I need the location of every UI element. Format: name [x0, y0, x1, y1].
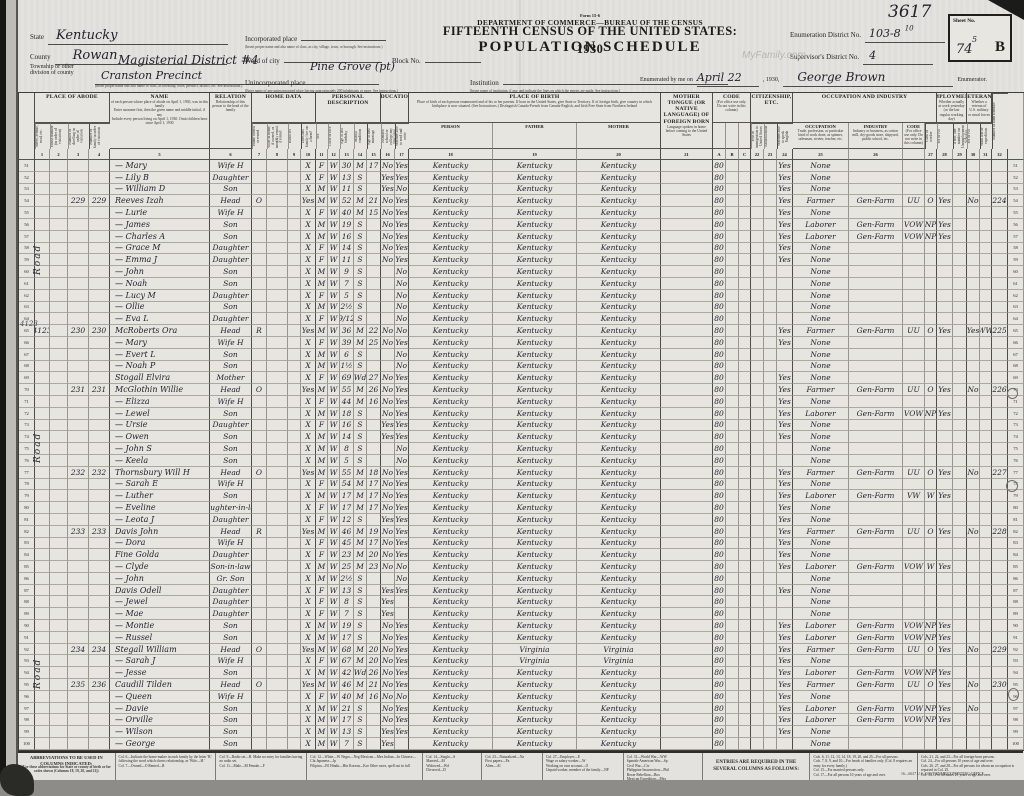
- table-row-cell: W: [328, 644, 340, 656]
- table-row-cell: [967, 207, 980, 219]
- table-row-cell: [764, 726, 777, 738]
- table-row-cell: [288, 361, 301, 373]
- line-number-right: 65: [1008, 325, 1024, 337]
- table-row-cell: [751, 160, 764, 172]
- street-script-2: Road: [33, 388, 47, 506]
- table-row-cell: [252, 219, 267, 231]
- table-row-cell: 80: [713, 703, 726, 715]
- table-row-cell: 80: [713, 278, 726, 290]
- table-row-cell: [367, 455, 381, 467]
- table-row-cell: [953, 620, 967, 632]
- table-row-cell: Kentucky: [577, 455, 661, 467]
- table-row-cell: Kentucky: [409, 573, 493, 585]
- table-row-cell: [937, 420, 953, 432]
- table-row-cell: [953, 585, 967, 597]
- table-row-cell: [267, 608, 288, 620]
- table-row-cell: — John S: [110, 443, 210, 455]
- table-row-cell: O: [252, 679, 267, 691]
- table-row-cell: [777, 608, 793, 620]
- table-row-cell: Virginia: [577, 655, 661, 667]
- table-row-cell: [751, 184, 764, 196]
- table-row-cell: [35, 573, 50, 585]
- table-row-cell: [267, 585, 288, 597]
- table-row-cell: W: [328, 408, 340, 420]
- table-row-cell: W: [328, 302, 340, 314]
- table-row-cell: [288, 349, 301, 361]
- line-number-header: [1008, 93, 1024, 160]
- table-row-cell: Yes: [777, 172, 793, 184]
- table-row-cell: [925, 726, 937, 738]
- table-row-cell: [252, 396, 267, 408]
- table-row-cell: [68, 231, 89, 243]
- table-row-cell: [89, 313, 110, 325]
- table-row-cell: [50, 526, 68, 538]
- table-row-cell: [89, 490, 110, 502]
- table-row-cell: 16: [367, 396, 381, 408]
- table-row-cell: [50, 644, 68, 656]
- table-row-cell: [50, 396, 68, 408]
- table-row-cell: [35, 703, 50, 715]
- table-row-cell: [764, 538, 777, 550]
- table-row-cell: [751, 644, 764, 656]
- table-row-cell: — Evert L: [110, 349, 210, 361]
- table-row-cell: [367, 714, 381, 726]
- line-number-right: 72: [1008, 408, 1024, 420]
- table-row-cell: [992, 372, 1008, 384]
- table-row-cell: [89, 620, 110, 632]
- table-row-cell: [726, 679, 739, 691]
- table-row-cell: 44: [340, 396, 354, 408]
- table-row-cell: S: [354, 620, 367, 632]
- table-row-cell: Yes: [777, 691, 793, 703]
- table-row-cell: [726, 207, 739, 219]
- table-row-cell: [967, 266, 980, 278]
- table-row-cell: S: [354, 172, 367, 184]
- table-row-cell: Yes: [381, 514, 395, 526]
- line-number-right: 79: [1008, 490, 1024, 502]
- table-row-cell: F: [316, 420, 328, 432]
- table-row-cell: No: [395, 290, 409, 302]
- table-row-cell: 46: [340, 679, 354, 691]
- table-row-cell: No: [395, 278, 409, 290]
- table-row-cell: [764, 691, 777, 703]
- table-row-cell: — Jewel: [110, 596, 210, 608]
- table-row-cell: Kentucky: [409, 325, 493, 337]
- table-row-cell: [661, 325, 713, 337]
- table-row-cell: [89, 738, 110, 750]
- table-row-cell: [726, 655, 739, 667]
- table-row-cell: [661, 254, 713, 266]
- table-row-cell: Stegall William: [110, 644, 210, 656]
- table-row-cell: NP: [925, 620, 937, 632]
- table-row-cell: Gen-Farm: [849, 490, 903, 502]
- table-row-cell: [849, 479, 903, 491]
- table-row-cell: [953, 655, 967, 667]
- table-row-cell: [726, 243, 739, 255]
- table-row-cell: [992, 608, 1008, 620]
- table-row-cell: [980, 632, 992, 644]
- table-row-cell: [739, 726, 751, 738]
- table-row-cell: No: [395, 302, 409, 314]
- table-row-cell: [925, 313, 937, 325]
- table-row-cell: [739, 290, 751, 302]
- table-row-cell: [252, 420, 267, 432]
- table-row-cell: [980, 526, 992, 538]
- table-row-cell: [980, 679, 992, 691]
- table-row-cell: Kentucky: [577, 396, 661, 408]
- column-number: 25: [793, 149, 849, 160]
- table-row-cell: [50, 266, 68, 278]
- table-row-cell: [726, 337, 739, 349]
- table-row-cell: Yes: [777, 620, 793, 632]
- table-row-cell: Yes: [395, 655, 409, 667]
- table-row-cell: No: [381, 561, 395, 573]
- line-number-right: 90: [1008, 620, 1024, 632]
- table-row-cell: X: [301, 184, 316, 196]
- table-row-cell: S: [354, 573, 367, 585]
- table-row-cell: Daughter: [210, 585, 252, 597]
- table-row-cell: 55: [340, 467, 354, 479]
- table-row-cell: [739, 644, 751, 656]
- table-row-cell: Kentucky: [409, 738, 493, 750]
- table-row-cell: [903, 455, 925, 467]
- table-row-cell: Wife H: [210, 337, 252, 349]
- table-row-cell: [252, 408, 267, 420]
- street-script-1: Road: [33, 200, 47, 318]
- table-row-cell: [381, 313, 395, 325]
- table-row-cell: None: [793, 207, 849, 219]
- table-row-cell: [381, 349, 395, 361]
- table-row-cell: Kentucky: [577, 490, 661, 502]
- table-row-cell: [252, 278, 267, 290]
- table-row-cell: 17: [340, 632, 354, 644]
- table-row-cell: Kentucky: [577, 337, 661, 349]
- table-row-cell: Gen-Farm: [849, 195, 903, 207]
- table-row-cell: [50, 667, 68, 679]
- column-header: Number of dwelling in order of visitatio…: [68, 123, 89, 149]
- table-row-cell: [764, 608, 777, 620]
- table-row-cell: [288, 608, 301, 620]
- table-row-cell: X: [301, 337, 316, 349]
- table-row-cell: Kentucky: [409, 231, 493, 243]
- table-row-cell: No: [381, 714, 395, 726]
- table-row-cell: [967, 561, 980, 573]
- table-row-cell: Fine Golda: [110, 549, 210, 561]
- table-row-cell: [89, 243, 110, 255]
- table-row-cell: [980, 714, 992, 726]
- table-row-cell: Kentucky: [493, 337, 577, 349]
- table-row-cell: [937, 396, 953, 408]
- table-row-cell: None: [793, 337, 849, 349]
- table-row-cell: [751, 290, 764, 302]
- table-row-cell: 19: [367, 526, 381, 538]
- table-row-cell: [953, 160, 967, 172]
- table-row-cell: W: [328, 337, 340, 349]
- table-row-cell: [739, 655, 751, 667]
- table-row-cell: [288, 207, 301, 219]
- table-row-cell: Kentucky: [493, 549, 577, 561]
- table-row-cell: None: [793, 443, 849, 455]
- table-row-cell: M: [316, 526, 328, 538]
- table-row-cell: [751, 726, 764, 738]
- table-row-cell: Kentucky: [493, 408, 577, 420]
- table-row-cell: M: [316, 679, 328, 691]
- table-row-cell: 80: [713, 384, 726, 396]
- table-row-cell: [50, 172, 68, 184]
- table-row-cell: [751, 254, 764, 266]
- table-row-cell: Son: [210, 726, 252, 738]
- table-row-cell: [937, 691, 953, 703]
- table-row-cell: [777, 573, 793, 585]
- table-row-cell: [661, 313, 713, 325]
- table-row-cell: [980, 278, 992, 290]
- table-row-cell: Laborer: [793, 219, 849, 231]
- table-row-cell: [252, 254, 267, 266]
- census-sheet-scan: Form 15-6 DEPARTMENT OF COMMERCE—BUREAU …: [0, 0, 1024, 796]
- table-row-cell: [739, 207, 751, 219]
- table-row-cell: W: [328, 514, 340, 526]
- table-row-cell: [35, 620, 50, 632]
- table-row-cell: Yes: [777, 490, 793, 502]
- table-row-cell: [739, 714, 751, 726]
- table-row-cell: [992, 254, 1008, 266]
- table-row-cell: [288, 219, 301, 231]
- table-row-cell: Kentucky: [577, 502, 661, 514]
- table-row-cell: No: [381, 644, 395, 656]
- table-row-cell: [937, 585, 953, 597]
- table-row-cell: [68, 443, 89, 455]
- table-row-cell: [903, 172, 925, 184]
- column-header: Color or race: [328, 123, 340, 149]
- table-row-cell: [980, 254, 992, 266]
- line-number-left: 51: [19, 160, 35, 172]
- table-row-cell: M: [316, 384, 328, 396]
- table-row-cell: [661, 302, 713, 314]
- table-row-cell: [739, 514, 751, 526]
- table-row-cell: S: [354, 349, 367, 361]
- table-row-cell: Kentucky: [493, 325, 577, 337]
- table-row-cell: [267, 219, 288, 231]
- column-group-header: HOME DATA: [252, 93, 316, 123]
- table-row-cell: Yes: [381, 596, 395, 608]
- table-row-cell: No: [381, 679, 395, 691]
- table-row-cell: Wife H: [210, 655, 252, 667]
- abbrev-col27: Col. 27—Employer—E Wage or salary worker…: [543, 753, 624, 780]
- table-row-cell: — Ursie: [110, 420, 210, 432]
- table-row-cell: W: [328, 420, 340, 432]
- table-row-cell: Kentucky: [409, 538, 493, 550]
- table-row-cell: [252, 561, 267, 573]
- table-row-cell: [739, 160, 751, 172]
- table-row-cell: Wife H: [210, 479, 252, 491]
- table-row-cell: F: [316, 549, 328, 561]
- supervisors-district-field: Supervisor's District No. 4: [790, 46, 933, 65]
- table-row-cell: No: [381, 490, 395, 502]
- table-row-cell: [68, 219, 89, 231]
- table-row-cell: [925, 608, 937, 620]
- table-row-cell: [764, 266, 777, 278]
- table-row-cell: [992, 514, 1008, 526]
- table-row-cell: 80: [713, 195, 726, 207]
- table-row-cell: [50, 538, 68, 550]
- table-row-cell: Kentucky: [409, 655, 493, 667]
- table-row-cell: Kentucky: [577, 243, 661, 255]
- table-row-cell: None: [793, 290, 849, 302]
- table-row-cell: 2½: [340, 573, 354, 585]
- table-row-cell: M: [316, 266, 328, 278]
- table-row-cell: [739, 302, 751, 314]
- column-header: Marital condition: [354, 123, 367, 149]
- table-row-cell: None: [793, 455, 849, 467]
- table-row-cell: [764, 526, 777, 538]
- table-row-cell: Farmer: [793, 679, 849, 691]
- table-row-cell: [288, 667, 301, 679]
- table-row-cell: Yes: [395, 337, 409, 349]
- table-row-cell: [764, 420, 777, 432]
- table-row-cell: No: [967, 467, 980, 479]
- table-row-cell: X: [301, 219, 316, 231]
- line-number-right: 89: [1008, 608, 1024, 620]
- table-row-cell: [68, 538, 89, 550]
- table-row-cell: [903, 585, 925, 597]
- table-row-cell: [252, 443, 267, 455]
- table-row-cell: [925, 372, 937, 384]
- table-row-cell: [992, 549, 1008, 561]
- table-row-cell: [980, 207, 992, 219]
- table-row-cell: [992, 266, 1008, 278]
- table-row-cell: [288, 679, 301, 691]
- table-row-cell: [739, 679, 751, 691]
- table-row-cell: Kentucky: [577, 408, 661, 420]
- pencil-note: 4123: [20, 320, 38, 328]
- table-row-cell: [367, 349, 381, 361]
- table-row-cell: [726, 349, 739, 361]
- table-row-cell: [849, 337, 903, 349]
- table-row-cell: [252, 596, 267, 608]
- table-row-cell: Yes: [395, 703, 409, 715]
- table-row-cell: [849, 290, 903, 302]
- table-row-cell: 8: [340, 443, 354, 455]
- line-number-right: 69: [1008, 372, 1024, 384]
- table-row-cell: X: [301, 596, 316, 608]
- table-row-cell: [967, 337, 980, 349]
- table-row-cell: [739, 467, 751, 479]
- table-row-cell: [980, 361, 992, 373]
- table-row-cell: Kentucky: [493, 384, 577, 396]
- table-row-cell: [35, 337, 50, 349]
- table-row-cell: NP: [925, 703, 937, 715]
- table-row-cell: 17: [367, 490, 381, 502]
- table-row-cell: Kentucky: [493, 160, 577, 172]
- table-row-cell: [661, 219, 713, 231]
- table-row-cell: M: [316, 195, 328, 207]
- table-row-cell: [980, 302, 992, 314]
- table-row-cell: [953, 679, 967, 691]
- table-row-cell: [764, 561, 777, 573]
- table-row-cell: Kentucky: [577, 573, 661, 585]
- table-row-cell: [50, 738, 68, 750]
- table-row-cell: [764, 172, 777, 184]
- table-row-cell: S: [354, 703, 367, 715]
- table-row-cell: S: [354, 184, 367, 196]
- column-header: Sex: [316, 123, 328, 149]
- table-row-cell: Kentucky: [577, 160, 661, 172]
- table-row-cell: W: [328, 620, 340, 632]
- table-row-cell: NP: [925, 231, 937, 243]
- table-row-cell: [967, 573, 980, 585]
- table-row-cell: S: [354, 596, 367, 608]
- table-row-cell: Kentucky: [493, 479, 577, 491]
- column-header: PERSON: [409, 123, 493, 149]
- table-row-cell: [50, 195, 68, 207]
- line-number-left: 83: [19, 538, 35, 550]
- table-row-cell: [288, 290, 301, 302]
- table-row-cell: 45: [340, 538, 354, 550]
- table-row-cell: — William D: [110, 184, 210, 196]
- table-row-cell: Gen-Farm: [849, 644, 903, 656]
- table-row-cell: Gr. Son: [210, 573, 252, 585]
- table-row-cell: Yes: [777, 184, 793, 196]
- table-row-cell: [764, 195, 777, 207]
- table-row-cell: 5: [340, 290, 354, 302]
- table-row-cell: — Lucy M: [110, 290, 210, 302]
- table-row-cell: Wife H: [210, 207, 252, 219]
- table-row-cell: Kentucky: [493, 420, 577, 432]
- table-row-cell: Yes: [395, 549, 409, 561]
- table-row-cell: W: [925, 490, 937, 502]
- table-row-cell: M: [316, 726, 328, 738]
- table-row-cell: [777, 596, 793, 608]
- table-row-cell: X: [301, 172, 316, 184]
- table-row-cell: [953, 266, 967, 278]
- table-row-cell: [953, 738, 967, 750]
- table-row-cell: [661, 703, 713, 715]
- table-row-cell: [967, 349, 980, 361]
- table-row-cell: [50, 361, 68, 373]
- table-row-cell: Yes: [937, 679, 953, 691]
- table-row-cell: Yes: [777, 467, 793, 479]
- table-row-cell: [50, 160, 68, 172]
- column-number: 32: [992, 149, 1008, 160]
- line-number-left: 68: [19, 361, 35, 373]
- table-row-cell: [267, 549, 288, 561]
- table-row-cell: [35, 549, 50, 561]
- table-row-cell: Yes: [937, 490, 953, 502]
- table-row-cell: W: [328, 455, 340, 467]
- table-row-cell: [68, 278, 89, 290]
- column-header: RELATIONRelationship of this person to t…: [210, 93, 252, 149]
- table-row-cell: [288, 408, 301, 420]
- table-row-cell: [288, 184, 301, 196]
- table-row-cell: [252, 667, 267, 679]
- table-row-cell: [367, 313, 381, 325]
- table-row-cell: 5: [340, 455, 354, 467]
- table-row-cell: [937, 337, 953, 349]
- table-row-cell: [925, 337, 937, 349]
- table-row-cell: [751, 195, 764, 207]
- table-row-cell: Reeves Izah: [110, 195, 210, 207]
- table-row-cell: [267, 337, 288, 349]
- table-row-cell: S: [354, 514, 367, 526]
- table-row-cell: Kentucky: [493, 490, 577, 502]
- township-label: Township or other division of county: [30, 64, 94, 76]
- table-row-cell: [967, 172, 980, 184]
- table-row-cell: [903, 313, 925, 325]
- table-row-cell: [903, 243, 925, 255]
- table-row-cell: [288, 620, 301, 632]
- table-row-cell: W: [328, 396, 340, 408]
- column-header: Value of home, if owned, or monthly rent…: [267, 123, 288, 149]
